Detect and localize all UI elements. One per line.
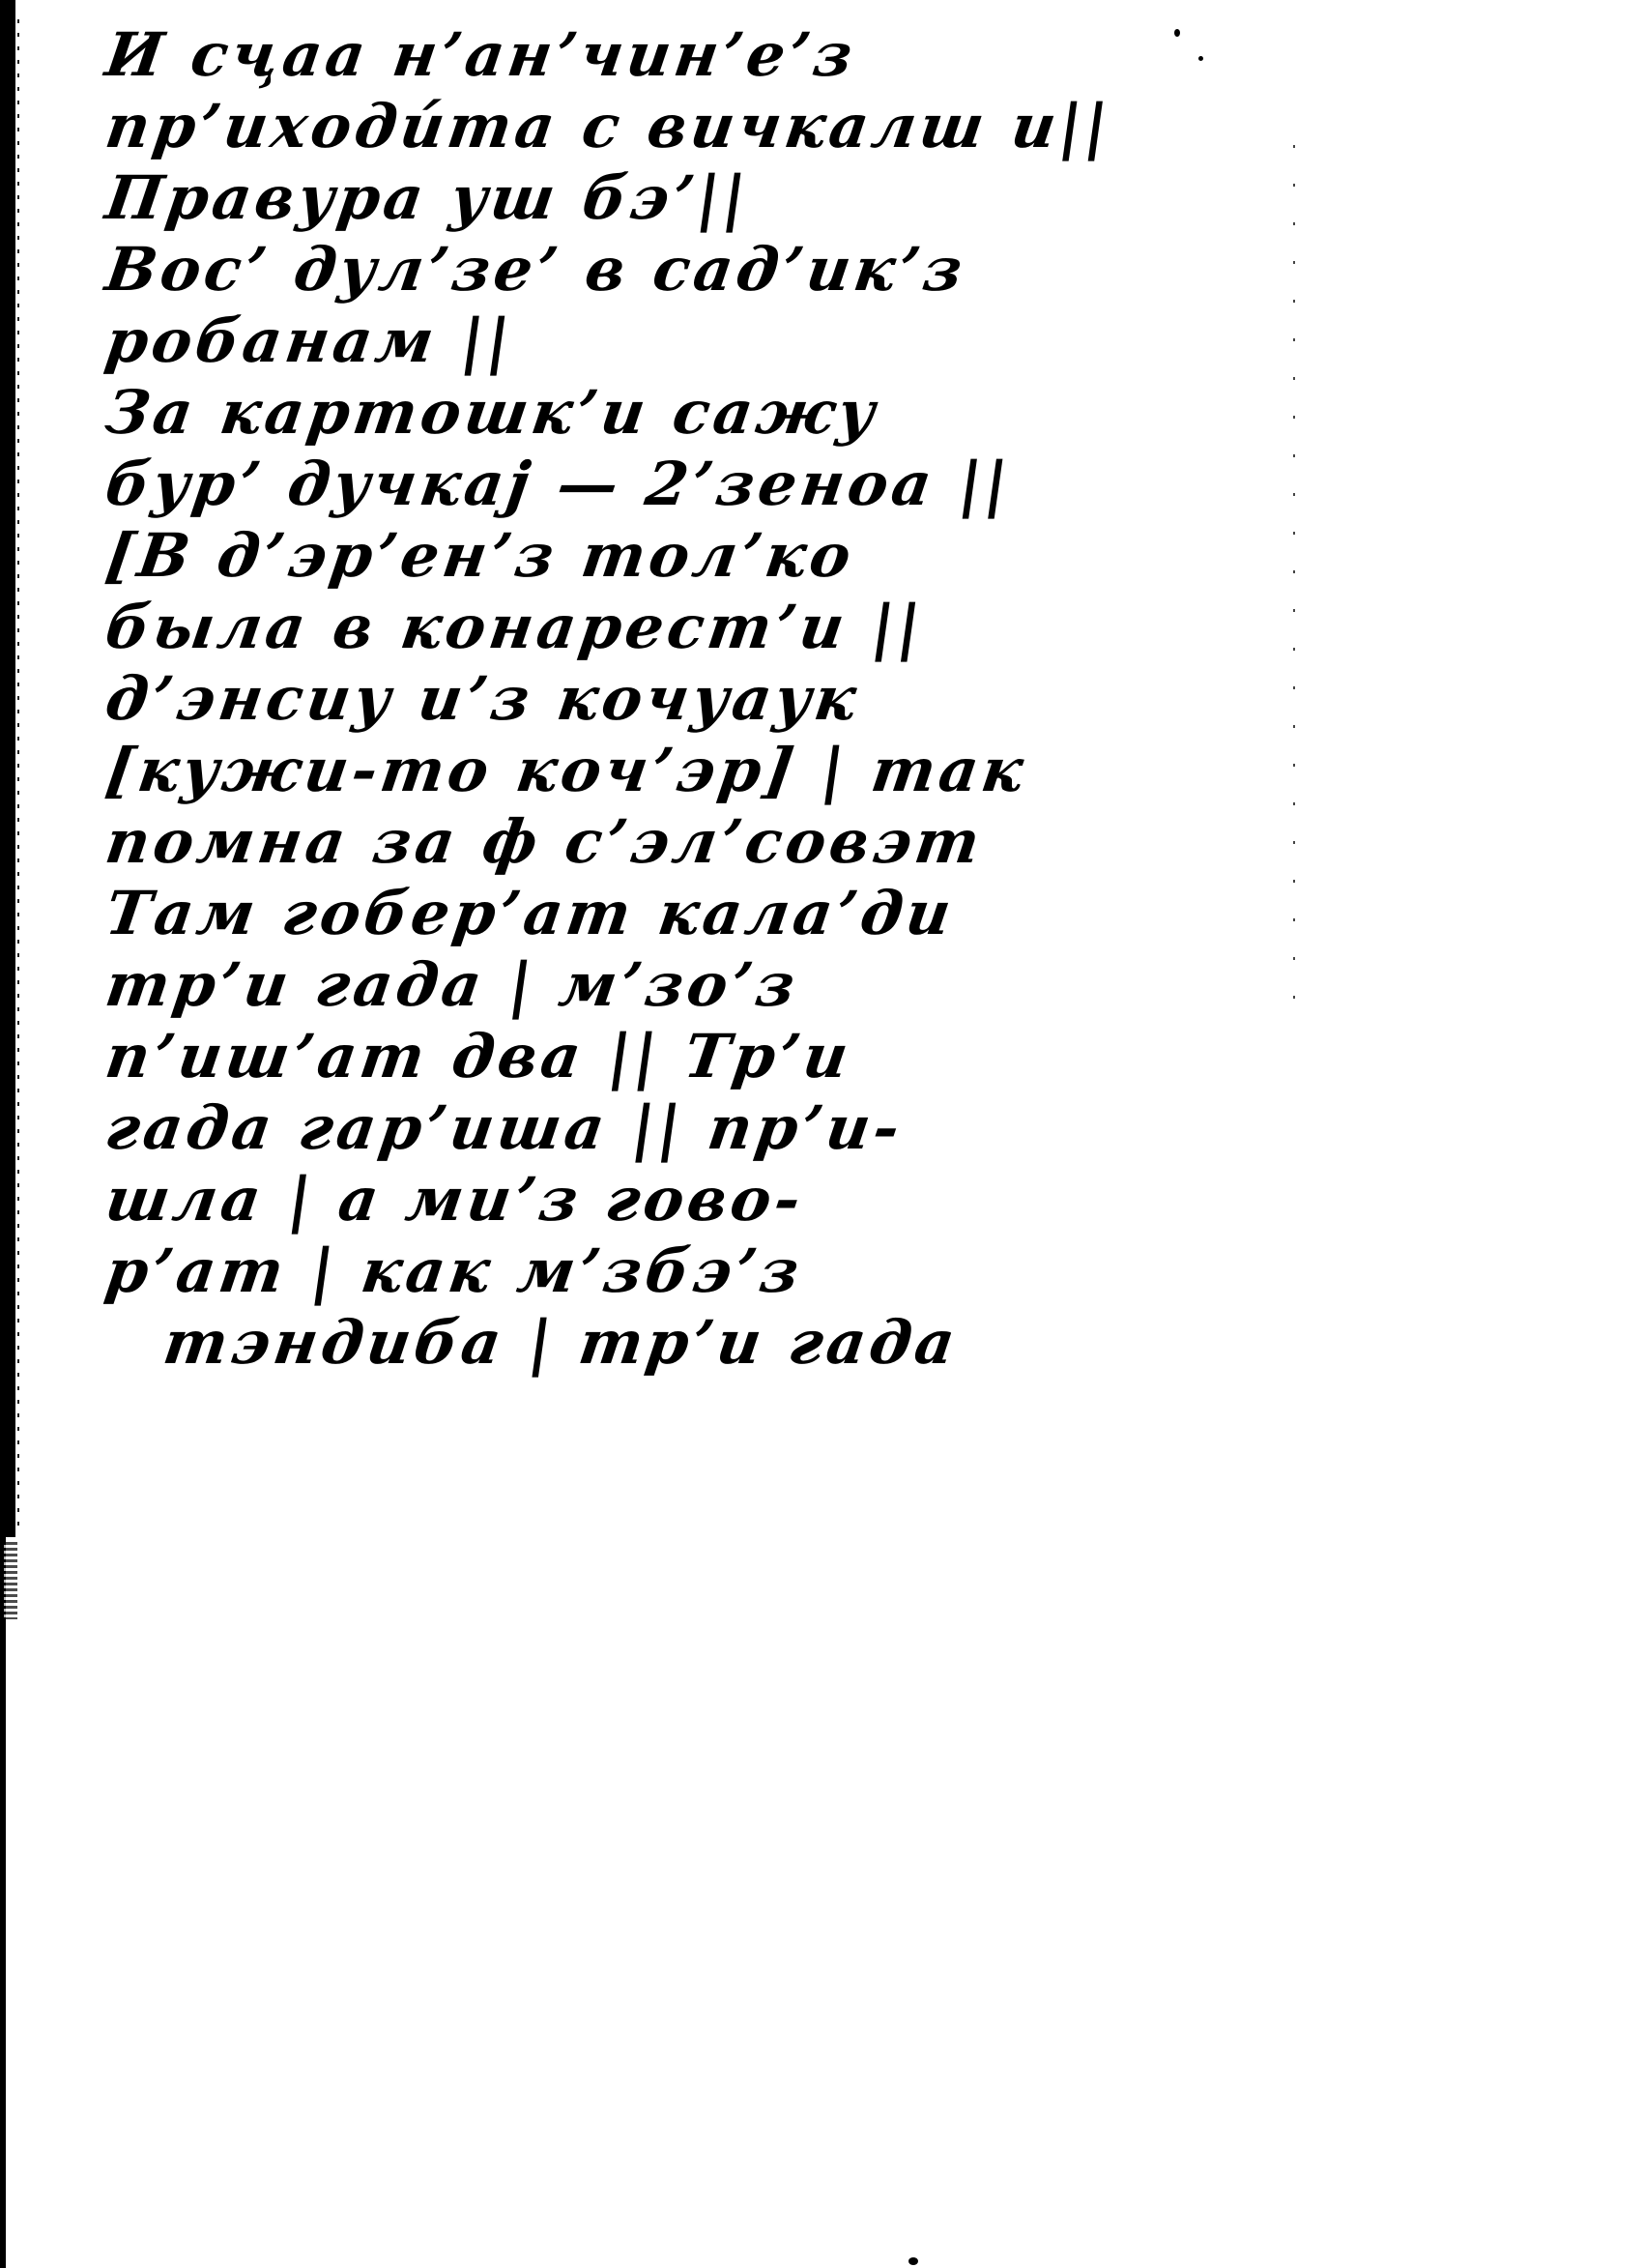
manuscript-line: робанам ||	[101, 305, 1310, 377]
manuscript-line: тэндиба | тр’и гада	[101, 1307, 1310, 1379]
manuscript-line: была в конарест’и ||	[101, 592, 1310, 663]
manuscript-line: п’иш’ат два || Тр’и	[101, 1021, 1310, 1092]
manuscript-line: шла | а ми’з гово-	[101, 1164, 1310, 1236]
manuscript-line: бур’ дучкаj — 2’зеноа ||	[101, 449, 1310, 520]
ink-speck	[908, 2257, 918, 2265]
scanned-page: И сҷаа н’ан’чин’е’з пр’иходúта с вичкалш…	[0, 0, 1643, 2268]
manuscript-line: тр’и гада | м’зо’з	[101, 949, 1310, 1021]
manuscript-line: Там гобер’ат кала’ди	[101, 878, 1310, 949]
manuscript-line: [кужи-то коч’эр] | так	[101, 735, 1310, 806]
manuscript-line: [В д’эр’ен’з тол’ко	[101, 520, 1310, 592]
handwritten-text: И сҷаа н’ан’чин’е’з пр’иходúта с вичкалш…	[106, 19, 1305, 1379]
manuscript-line: пр’иходúта с вичкалш и||	[101, 91, 1310, 162]
manuscript-line: Вос’ дул’зе’ в сад’ик’з	[101, 234, 1310, 305]
scan-binding-edge-lower	[0, 1537, 6, 2268]
manuscript-line: помна за ф с’эл’совэт	[101, 806, 1310, 878]
manuscript-line: За картошк’и сажу	[101, 377, 1310, 449]
manuscript-line: р’ат | как м’збэ’з	[101, 1236, 1310, 1307]
scan-noise-left	[17, 19, 19, 1527]
manuscript-line: И сҷаа н’ан’чин’е’з	[101, 19, 1310, 91]
scan-binding-edge	[0, 0, 15, 1537]
manuscript-line: Правура уш бэ’||	[101, 162, 1310, 234]
manuscript-line: гада гар’иша || пр’и-	[101, 1092, 1310, 1164]
scan-noise	[4, 1542, 17, 1619]
manuscript-line: д’энсиу и’з кочуаук	[101, 663, 1310, 735]
